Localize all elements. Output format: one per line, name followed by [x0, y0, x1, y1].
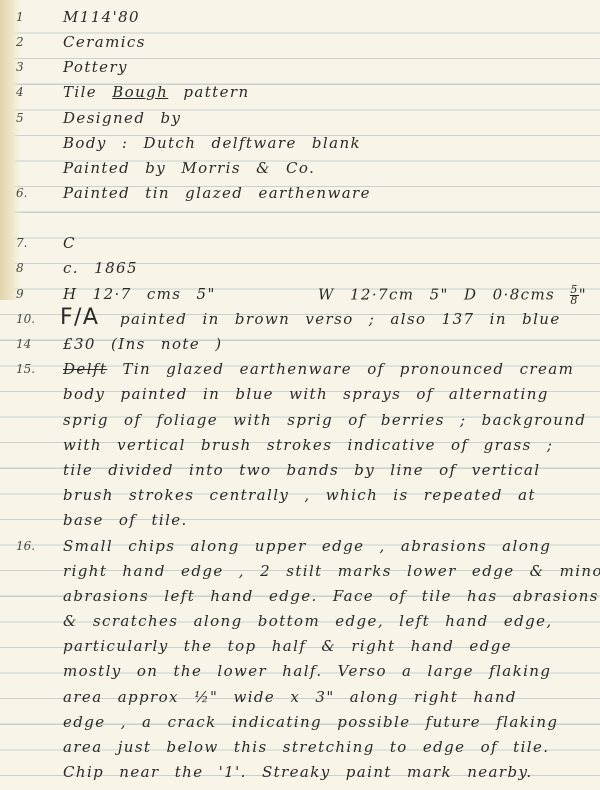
entry-text: mostly on the lower half. Verso a large … — [63, 662, 551, 680]
entry-text: Designed by — [63, 109, 181, 127]
entry-15: 15. Delft Tin glazed earthenware of pron… — [0, 358, 600, 383]
entry-text: sprig of foliage with sprig of berries ;… — [63, 411, 586, 429]
entry-15-line-4: with vertical brush strokes indicative o… — [0, 434, 600, 459]
entry-2: 2 Ceramics — [0, 31, 600, 56]
entry-5-body: Body : Dutch delftware blank — [0, 132, 600, 157]
object-name: Tile — [63, 83, 97, 101]
entry-text: right hand edge , 2 stilt marks lower ed… — [63, 562, 600, 580]
entry-1: 1 M114'80 — [0, 6, 600, 31]
entry-number: 2 — [16, 35, 50, 49]
entry-4: 4 Tile Bough pattern — [0, 81, 600, 106]
entry-10: 10. F/A painted in brown verso ; also 13… — [0, 308, 600, 333]
mark-initials: F/A — [60, 305, 99, 330]
fraction-denominator: 8 — [570, 296, 578, 306]
entry-16-line-7: area approx ½" wide x 3" along right han… — [0, 686, 600, 711]
entry-text: base of tile. — [63, 511, 188, 529]
notebook-page: 1 M114'80 2 Ceramics 3 Pottery 4 Tile Bo… — [0, 0, 600, 790]
entry-number: 4 — [16, 85, 50, 99]
entry-3: 3 Pottery — [0, 56, 600, 81]
pattern-label: pattern — [183, 83, 249, 101]
entry-15-line-6: brush strokes centrally , which is repea… — [0, 484, 600, 509]
pattern-name: Bough — [112, 83, 168, 101]
width-depth-text: W 12·7cm 5" D 0·8cms — [318, 286, 555, 304]
entry-text: Delft Tin glazed earthenware of pronounc… — [63, 360, 574, 378]
entry-number: 10. — [16, 312, 50, 326]
entry-16-line-2: right hand edge , 2 stilt marks lower ed… — [0, 560, 600, 585]
entry-text: Small chips along upper edge , abrasions… — [63, 537, 551, 555]
entry-text: with vertical brush strokes indicative o… — [63, 436, 553, 454]
entry-text: c. 1865 — [63, 259, 138, 277]
entry-number: 15. — [16, 362, 50, 376]
entry-text: tile divided into two bands by line of v… — [63, 461, 540, 479]
entry-text: C — [63, 234, 76, 252]
entry-15-line-2: body painted in blue with sprays of alte… — [0, 383, 600, 408]
entry-text: Chip near the '1'. Streaky paint mark ne… — [63, 763, 533, 781]
entry-16-line-6: mostly on the lower half. Verso a large … — [0, 660, 600, 685]
entry-text: edge , a crack indicating possible futur… — [63, 713, 558, 731]
entry-text: body painted in blue with sprays of alte… — [63, 385, 549, 403]
entry-text: Body : Dutch delftware blank — [63, 134, 361, 152]
entry-number: 16. — [16, 539, 50, 553]
entry-text: abrasions left hand edge. Face of tile h… — [63, 587, 599, 605]
entry-text: Pottery — [63, 58, 128, 76]
struck-word: Delft — [63, 360, 107, 378]
entry-16-line-8: edge , a crack indicating possible futur… — [0, 711, 600, 736]
entry-number: 7. — [16, 236, 50, 250]
entry-15-line-3: sprig of foliage with sprig of berries ;… — [0, 409, 600, 434]
inch-mark: " — [579, 286, 587, 304]
entry-number: 6. — [16, 186, 50, 200]
entry-number: 3 — [16, 60, 50, 74]
entry-6: 6. Painted tin glazed earthenware — [0, 182, 600, 207]
entry-15-line-7: base of tile. — [0, 509, 600, 534]
entry-text: painted in brown verso ; also 137 in blu… — [120, 310, 561, 328]
entry-text: & scratches along bottom edge, left hand… — [63, 612, 553, 630]
entry-text: Painted tin glazed earthenware — [63, 184, 371, 202]
entry-16-line-9: area just below this stretching to edge … — [0, 736, 600, 761]
fraction: 5 8 — [570, 285, 578, 306]
entry-number: 9 — [16, 287, 50, 301]
height-measure: H 12·7 cms 5" — [63, 285, 216, 303]
entry-number: 8 — [16, 261, 50, 275]
entry-text: area just below this stretching to edge … — [63, 738, 549, 756]
entry-16-line-3: abrasions left hand edge. Face of tile h… — [0, 585, 600, 610]
width-depth-measure: W 12·7cm 5" D 0·8cms 5 8 " — [318, 285, 587, 306]
entry-16-line-10: Chip near the '1'. Streaky paint mark ne… — [0, 761, 600, 786]
entry-5-painted: Painted by Morris & Co. — [0, 157, 600, 182]
entry-text: area approx ½" wide x 3" along right han… — [63, 688, 517, 706]
entry-16-line-4: & scratches along bottom edge, left hand… — [0, 610, 600, 635]
entry-text: M114'80 — [63, 8, 140, 26]
entry-number: 1 — [16, 10, 50, 24]
entry-14: 14 £30 (Ins note ) — [0, 333, 600, 358]
description-text: Tin glazed earthenware of pronounced cre… — [122, 360, 574, 378]
entry-number: 5 — [16, 111, 50, 125]
entry-16: 16. Small chips along upper edge , abras… — [0, 535, 600, 560]
entry-text: Ceramics — [63, 33, 146, 51]
entry-text: Painted by Morris & Co. — [63, 159, 315, 177]
entry-7: 7. C — [0, 232, 600, 257]
entry-16-line-5: particularly the top half & right hand e… — [0, 635, 600, 660]
entry-text: brush strokes centrally , which is repea… — [63, 486, 536, 504]
entry-text: Tile Bough pattern — [63, 83, 250, 101]
entry-5: 5 Designed by — [0, 107, 600, 132]
entry-text: particularly the top half & right hand e… — [63, 637, 512, 655]
entry-text: £30 (Ins note ) — [63, 335, 223, 353]
entry-number: 14 — [16, 337, 50, 351]
entry-8: 8 c. 1865 — [0, 257, 600, 282]
entry-15-line-5: tile divided into two bands by line of v… — [0, 459, 600, 484]
